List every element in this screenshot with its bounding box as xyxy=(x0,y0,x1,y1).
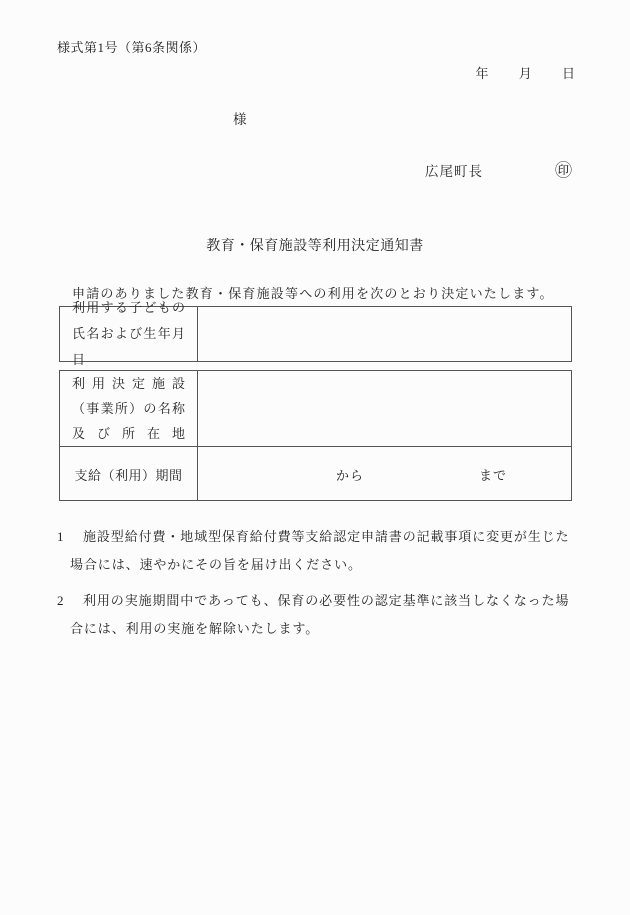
period-to-label: まで xyxy=(479,465,507,484)
note-text-2: 利用の実施期間中であっても、保育の必要性の認定基準に該当しなくなった場合には、利… xyxy=(70,593,569,636)
facility-label-cell: 利用決定施設 （事業所）の名称 及び所在地 xyxy=(60,371,198,446)
period-row: 支給（利用）期間 から まで xyxy=(60,446,571,501)
year-label: 年 xyxy=(475,63,488,82)
child-label-cell: 利用する子どもの 氏名および生年月日 xyxy=(60,307,198,361)
child-label-line1: 利用する子どもの xyxy=(72,295,185,321)
facility-label-line1: 利用決定施設 xyxy=(72,371,185,396)
form-number: 様式第1号（第6条関係） xyxy=(57,37,206,56)
period-label-cell: 支給（利用）期間 xyxy=(60,447,198,501)
document-page: 様式第1号（第6条関係） 年 月 日 様 広尾町長 ㊞ 教育・保育施設等利用決定… xyxy=(0,0,630,915)
day-label: 日 xyxy=(562,63,575,82)
seal-icon: ㊞ xyxy=(555,162,572,179)
note-item-2: 2利用の実施期間中であっても、保育の必要性の認定基準に該当しなくなった場合には、… xyxy=(57,587,573,643)
child-row: 利用する子どもの 氏名および生年月日 xyxy=(60,307,571,361)
period-value-cell: から まで xyxy=(198,447,571,501)
facility-period-table: 利用決定施設 （事業所）の名称 及び所在地 支給（利用）期間 から まで xyxy=(59,370,572,501)
note-text-1: 施設型給付費・地域型保育給付費等支給認定申請書の記載事項に変更が生じた場合には、… xyxy=(70,529,570,572)
note-item-1: 1施設型給付費・地域型保育給付費等支給認定申請書の記載事項に変更が生じた場合には… xyxy=(57,523,573,579)
child-table: 利用する子どもの 氏名および生年月日 xyxy=(59,306,572,362)
addressee-suffix: 様 xyxy=(233,108,247,128)
document-title: 教育・保育施設等利用決定通知書 xyxy=(0,235,630,255)
date-line: 年 月 日 xyxy=(475,63,575,82)
period-label: 支給（利用）期間 xyxy=(72,465,185,484)
child-label-line2: 氏名および生年月日 xyxy=(72,321,185,373)
facility-row: 利用決定施設 （事業所）の名称 及び所在地 xyxy=(60,371,571,446)
period-from-label: から xyxy=(336,465,364,484)
facility-label-line2: （事業所）の名称 xyxy=(72,396,185,421)
note-number-1: 1 xyxy=(57,523,83,551)
issuer-name: 広尾町長 xyxy=(425,160,483,180)
note-number-2: 2 xyxy=(57,587,83,615)
month-label: 月 xyxy=(519,63,532,82)
facility-label-line3: 及び所在地 xyxy=(72,421,185,446)
child-value-cell xyxy=(198,307,571,361)
issuer-line: 広尾町長 ㊞ xyxy=(425,160,572,180)
facility-value-cell xyxy=(198,371,571,446)
notes-section: 1施設型給付費・地域型保育給付費等支給認定申請書の記載事項に変更が生じた場合には… xyxy=(57,523,573,651)
